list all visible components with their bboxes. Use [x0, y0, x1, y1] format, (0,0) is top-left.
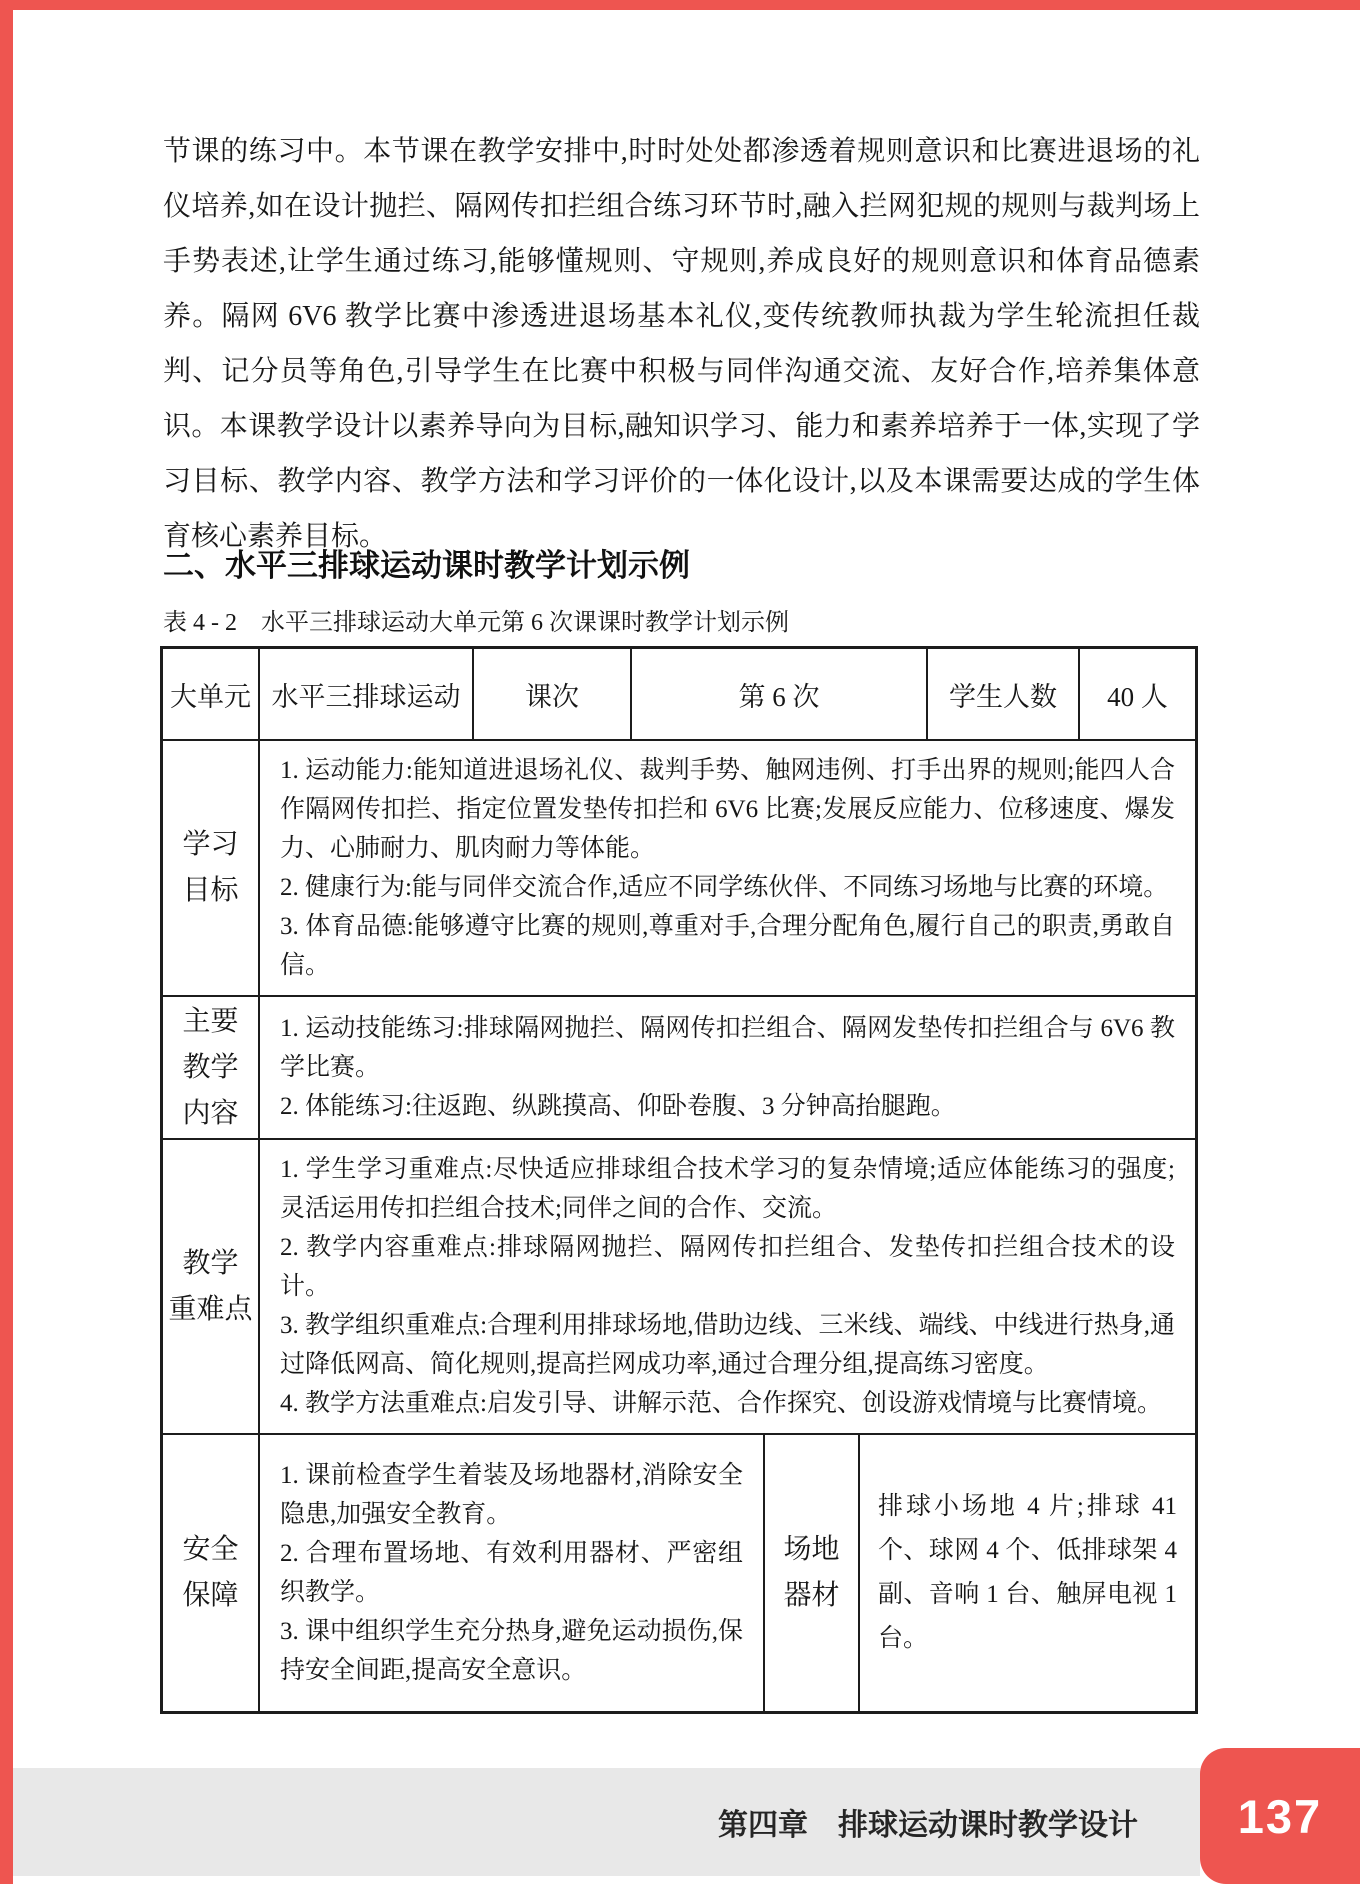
cell-learning-goals: 1. 运动能力:能知道进退场礼仪、裁判手势、触网违例、打手出界的规则;能四人合作… — [260, 741, 1195, 995]
list-item: 3. 课中组织学生充分热身,避免运动损伤,保持安全间距,提高安全意识。 — [280, 1612, 743, 1690]
table-row-main-content: 主要 教学 内容 1. 运动技能练习:排球隔网抛拦、隔网传扣拦组合、隔网发垫传扣… — [163, 997, 1195, 1140]
section-heading: 二、水平三排球运动课时教学计划示例 — [163, 540, 1200, 585]
list-item: 3. 体育品德:能够遵守比赛的规则,尊重对手,合理分配角色,履行自己的职责,勇敢… — [280, 907, 1175, 985]
header-cell-lesson-value: 第 6 次 — [632, 649, 928, 739]
page-edge-top-accent — [0, 0, 1360, 10]
table-caption: 表 4 - 2 水平三排球运动大单元第 6 次课课时教学计划示例 — [163, 602, 1200, 637]
book-page: 节课的练习中。本节课在教学安排中,时时处处都渗透着规则意识和比赛进退场的礼仪培养… — [0, 0, 1360, 1884]
list-item: 1. 课前检查学生着装及场地器材,消除安全隐患,加强安全教育。 — [280, 1456, 743, 1534]
row-label-equipment: 场地 器材 — [765, 1435, 860, 1711]
list-item: 2. 合理布置场地、有效利用器材、严密组织教学。 — [280, 1534, 743, 1612]
header-cell-students-label: 学生人数 — [928, 649, 1080, 739]
footer-chapter-title: 排球运动课时教学设计 — [838, 1800, 1138, 1844]
table-row-safety: 安全 保障 1. 课前检查学生着装及场地器材,消除安全隐患,加强安全教育。 2.… — [163, 1435, 1195, 1711]
page-number-badge: 137 — [1200, 1748, 1360, 1884]
list-item: 4. 教学方法重难点:启发引导、讲解示范、合作探究、创设游戏情境与比赛情境。 — [280, 1384, 1175, 1423]
list-item: 2. 体能练习:往返跑、纵跳摸高、仰卧卷腹、3 分钟高抬腿跑。 — [280, 1087, 1175, 1126]
list-item: 1. 运动技能练习:排球隔网抛拦、隔网传扣拦组合、隔网发垫传扣拦组合与 6V6 … — [280, 1009, 1175, 1087]
list-item: 2. 教学内容重难点:排球隔网抛拦、隔网传扣拦组合、发垫传扣拦组合技术的设计。 — [280, 1228, 1175, 1306]
cell-difficulty: 1. 学生学习重难点:尽快适应排球组合技术学习的复杂情境;适应体能练习的强度;灵… — [260, 1140, 1195, 1433]
list-item: 1. 运动能力:能知道进退场礼仪、裁判手势、触网违例、打手出界的规则;能四人合作… — [280, 751, 1175, 868]
cell-main-content: 1. 运动技能练习:排球隔网抛拦、隔网传扣拦组合、隔网发垫传扣拦组合与 6V6 … — [260, 997, 1195, 1138]
page-number: 137 — [1238, 1789, 1322, 1844]
header-cell-students-value: 40 人 — [1080, 649, 1195, 739]
intro-paragraph: 节课的练习中。本节课在教学安排中,时时处处都渗透着规则意识和比赛进退场的礼仪培养… — [163, 124, 1200, 564]
equipment-text: 排球小场地 4 片;排球 41 个、球网 4 个、低排球架 4 副、音响 1 台… — [860, 1475, 1195, 1671]
row-label-main-content: 主要 教学 内容 — [163, 997, 260, 1138]
footer-bar: 第四章 排球运动课时教学设计 — [0, 1768, 1200, 1876]
cell-equipment: 排球小场地 4 片;排球 41 个、球网 4 个、低排球架 4 副、音响 1 台… — [860, 1435, 1195, 1711]
lesson-plan-table: 大单元 水平三排球运动 课次 第 6 次 学生人数 40 人 学习 目标 1. … — [160, 646, 1198, 1714]
list-item: 3. 教学组织重难点:合理利用排球场地,借助边线、三米线、端线、中线进行热身,通… — [280, 1306, 1175, 1384]
cell-safety-measures: 1. 课前检查学生着装及场地器材,消除安全隐患,加强安全教育。 2. 合理布置场… — [260, 1435, 765, 1711]
row-label-learning-goals: 学习 目标 — [163, 741, 260, 995]
row-label-safety: 安全 保障 — [163, 1435, 260, 1711]
list-item: 2. 健康行为:能与同伴交流合作,适应不同学练伙伴、不同练习场地与比赛的环境。 — [280, 868, 1175, 907]
table-row-difficulty: 教学 重难点 1. 学生学习重难点:尽快适应排球组合技术学习的复杂情境;适应体能… — [163, 1140, 1195, 1435]
header-cell-unit-label: 大单元 — [163, 649, 260, 739]
footer-chapter-label: 第四章 — [718, 1800, 808, 1844]
header-cell-lesson-label: 课次 — [474, 649, 632, 739]
table-row-learning-goals: 学习 目标 1. 运动能力:能知道进退场礼仪、裁判手势、触网违例、打手出界的规则… — [163, 741, 1195, 997]
page-edge-left-accent — [0, 0, 13, 1884]
list-item: 1. 学生学习重难点:尽快适应排球组合技术学习的复杂情境;适应体能练习的强度;灵… — [280, 1150, 1175, 1228]
table-row-header: 大单元 水平三排球运动 课次 第 6 次 学生人数 40 人 — [163, 649, 1195, 741]
row-label-difficulty: 教学 重难点 — [163, 1140, 260, 1433]
header-cell-unit-value: 水平三排球运动 — [260, 649, 474, 739]
